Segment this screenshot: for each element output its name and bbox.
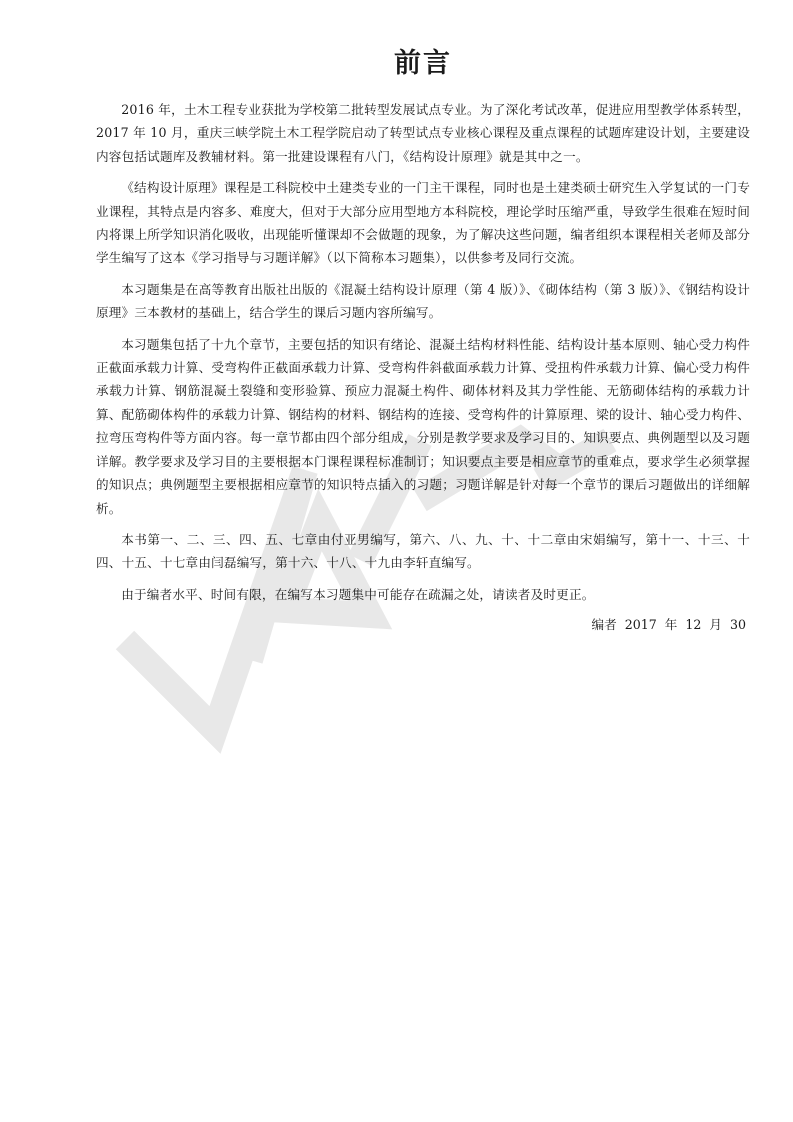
signature-date: 编者 2017 年 12 月 30: [96, 614, 750, 636]
paragraph-textbooks: 本习题集是在高等教育出版社出版的《混凝土结构设计原理（第 4 版）》、《砌体结构…: [96, 278, 750, 325]
paragraph-course-intro: 《结构设计原理》课程是工科院校中土建类专业的一门主干课程，同时也是土建类硕士研究…: [96, 176, 750, 270]
document-page: 前言 2016 年，土木工程专业获批为学校第二批转型发展试点专业。为了深化考试改…: [96, 44, 750, 636]
paragraph-background: 2016 年，土木工程专业获批为学校第二批转型发展试点专业。为了深化考试改革，促…: [96, 98, 750, 168]
page-title: 前言: [96, 44, 750, 84]
paragraph-contents: 本习题集包括了十九个章节，主要包括的知识有绪论、混凝土结构材料性能、结构设计基本…: [96, 333, 750, 520]
paragraph-disclaimer: 由于编者水平、时间有限，在编写本习题集中可能存在疏漏之处，请读者及时更正。: [96, 583, 750, 606]
paragraph-authors: 本书第一、二、三、四、五、七章由付亚男编写，第六、八、九、十、十二章由宋娟编写，…: [96, 528, 750, 575]
